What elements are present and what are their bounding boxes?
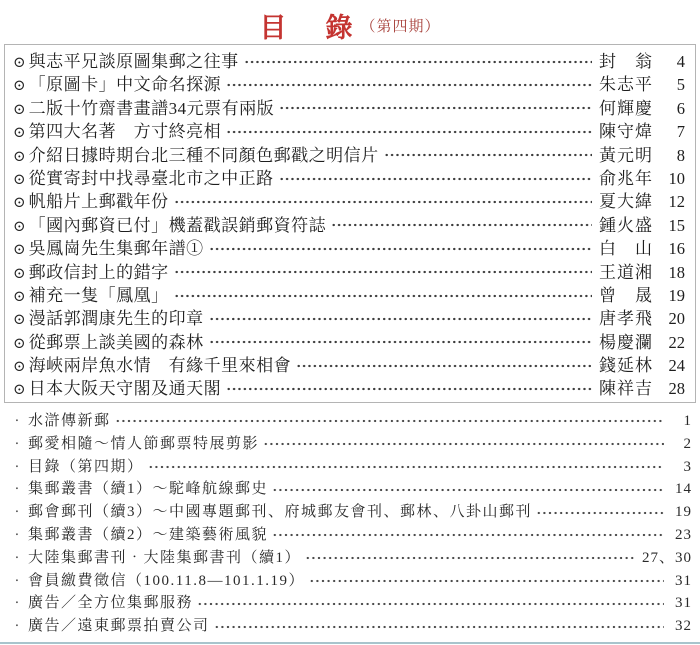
- article-title: 與志平兄談原圖集郵之往事: [29, 50, 239, 73]
- article-entry-row: ⊙ 漫話郭潤康先生的印章 唐孝飛 20: [13, 307, 685, 330]
- index-page-number: 32: [670, 615, 692, 638]
- article-entry-row: ⊙ 第四大名著 方寸終亮相 陳守煒 7: [13, 120, 685, 143]
- dot-leader: [331, 222, 592, 228]
- circled-dot-bullet-icon: ⊙: [13, 356, 26, 379]
- index-page-number: 2: [670, 433, 692, 456]
- article-entry-row: ⊙ 與志平兄談原圖集郵之往事 封 翁 4: [13, 50, 685, 73]
- article-title: 介紹日據時期台北三種不同顏色郵戳之明信片: [29, 144, 379, 167]
- index-page-number: 23: [670, 524, 692, 547]
- dot-leader: [174, 293, 592, 299]
- dot-leader: [536, 510, 664, 516]
- index-title: 水滸傳新郵: [28, 410, 111, 433]
- dot-leader: [174, 199, 592, 205]
- article-author: 王道湘: [599, 261, 657, 284]
- article-title: 海峽兩岸魚水情 有緣千里來相會: [29, 354, 292, 377]
- article-author: 夏大緯: [599, 190, 657, 213]
- dot-leader: [279, 105, 592, 111]
- article-author: 何輝慶: [599, 97, 657, 120]
- circled-dot-bullet-icon: ⊙: [13, 146, 26, 169]
- dot-bullet-icon: ‧: [6, 524, 28, 547]
- index-page-number: 1: [670, 410, 692, 433]
- article-author: 唐孝飛: [599, 307, 657, 330]
- article-entry-row: ⊙ 帆船片上郵戳年份 夏大緯 12: [13, 190, 685, 213]
- article-title: 二版十竹齋書畫譜34元票有兩版: [29, 97, 275, 120]
- article-title: 從郵票上談美國的森林: [29, 331, 204, 354]
- dot-leader: [272, 532, 664, 538]
- article-page-number: 6: [657, 97, 685, 120]
- article-author: 封 翁: [599, 50, 657, 73]
- index-entry-row: ‧ 廣告／全方位集郵服務 31: [6, 592, 692, 615]
- index-title: 集郵叢書（續1）～駝峰航線郵史: [28, 478, 268, 501]
- circled-dot-bullet-icon: ⊙: [13, 216, 26, 239]
- article-page-number: 22: [657, 331, 685, 354]
- article-title: 漫話郭潤康先生的印章: [29, 307, 204, 330]
- dot-leader: [115, 418, 664, 424]
- article-entry-row: ⊙ 「國內郵資已付」機蓋戳誤銷郵資符誌 鍾火盛 15: [13, 214, 685, 237]
- circled-dot-bullet-icon: ⊙: [13, 239, 26, 262]
- dot-leader: [244, 59, 592, 65]
- article-entry-row: ⊙ 郵政信封上的錯字 王道湘 18: [13, 261, 685, 284]
- index-title: 集郵叢書（續2）～建築藝術風貌: [28, 524, 268, 547]
- dot-bullet-icon: ‧: [6, 410, 28, 433]
- article-author: 曾 晟: [599, 284, 657, 307]
- article-author: 楊慶瀾: [599, 331, 657, 354]
- article-title: 郵政信封上的錯字: [29, 261, 169, 284]
- bottom-divider: [0, 642, 700, 644]
- index-title: 郵愛相隨～情人節郵票特展剪影: [28, 433, 259, 456]
- article-page-number: 24: [657, 354, 685, 377]
- index-title: 會員繳費徵信（100.11.8—101.1.19）: [28, 570, 305, 593]
- article-entry-row: ⊙ 海峽兩岸魚水情 有緣千里來相會 錢延林 24: [13, 354, 685, 377]
- circled-dot-bullet-icon: ⊙: [13, 192, 26, 215]
- article-title: 「原圖卡」中文命名探源: [29, 73, 222, 96]
- dot-leader: [209, 339, 592, 345]
- circled-dot-bullet-icon: ⊙: [13, 122, 26, 145]
- dot-leader: [296, 363, 592, 369]
- article-page-number: 10: [657, 167, 685, 190]
- dot-bullet-icon: ‧: [6, 456, 28, 479]
- page-title: 目 錄: [259, 13, 358, 43]
- index-entry-row: ‧ 目錄（第四期） 3: [6, 456, 692, 479]
- circled-dot-bullet-icon: ⊙: [13, 169, 26, 192]
- article-author: 陳祥吉: [599, 377, 657, 400]
- index-title: 廣告／全方位集郵服務: [28, 592, 193, 615]
- dot-bullet-icon: ‧: [6, 478, 28, 501]
- circled-dot-bullet-icon: ⊙: [13, 99, 26, 122]
- circled-dot-bullet-icon: ⊙: [13, 52, 26, 75]
- article-page-number: 15: [657, 214, 685, 237]
- page-header: 目 錄（第四期）: [0, 6, 700, 45]
- dot-leader: [226, 82, 592, 88]
- circled-dot-bullet-icon: ⊙: [13, 75, 26, 98]
- index-entry-row: ‧ 大陸集郵書刊‧大陸集郵書刊（續1） 27、30: [6, 547, 692, 570]
- circled-dot-bullet-icon: ⊙: [13, 379, 26, 402]
- article-title: 補充一隻「鳳凰」: [29, 284, 169, 307]
- article-title: 吳鳳崗先生集郵年譜①: [29, 237, 204, 260]
- article-page-number: 7: [657, 120, 685, 143]
- article-entry-row: ⊙ 日本大阪天守閣及通天閣 陳祥吉 28: [13, 377, 685, 400]
- dot-leader: [263, 441, 664, 447]
- article-title: 第四大名著 方寸終亮相: [29, 120, 222, 143]
- dot-bullet-icon: ‧: [6, 501, 28, 524]
- dot-bullet-icon: ‧: [6, 615, 28, 638]
- circled-dot-bullet-icon: ⊙: [13, 286, 26, 309]
- circled-dot-bullet-icon: ⊙: [13, 333, 26, 356]
- article-page-number: 18: [657, 261, 685, 284]
- index-page-number: 14: [670, 478, 692, 501]
- article-page-number: 8: [657, 144, 685, 167]
- dot-leader: [384, 152, 592, 158]
- article-entry-row: ⊙ 二版十竹齋書畫譜34元票有兩版 何輝慶 6: [13, 97, 685, 120]
- article-title: 日本大阪天守閣及通天閣: [29, 377, 222, 400]
- page-subtitle: （第四期）: [360, 19, 440, 35]
- article-entry-row: ⊙ 從郵票上談美國的森林 楊慶瀾 22: [13, 331, 685, 354]
- index-entry-row: ‧ 水滸傳新郵 1: [6, 410, 692, 433]
- article-entry-row: ⊙ 補充一隻「鳳凰」 曾 晟 19: [13, 284, 685, 307]
- article-title: 從實寄封中找尋臺北市之中正路: [29, 167, 274, 190]
- dot-bullet-icon: ‧: [6, 547, 28, 570]
- index-page-number: 3: [670, 456, 692, 479]
- index-entry-row: ‧ 集郵叢書（續1）～駝峰航線郵史 14: [6, 478, 692, 501]
- index-entry-row: ‧ 郵愛相隨～情人節郵票特展剪影 2: [6, 433, 692, 456]
- article-author: 白 山: [599, 237, 657, 260]
- index-entry-row: ‧ 廣告／遠東郵票拍賣公司 32: [6, 615, 692, 638]
- article-page-number: 20: [657, 307, 685, 330]
- article-page-number: 16: [657, 237, 685, 260]
- dot-leader: [148, 464, 664, 470]
- dot-leader: [226, 129, 592, 135]
- index-page-number: 27、30: [642, 547, 692, 570]
- circled-dot-bullet-icon: ⊙: [13, 309, 26, 332]
- dot-leader: [174, 269, 592, 275]
- index-entry-row: ‧ 集郵叢書（續2）～建築藝術風貌 23: [6, 524, 692, 547]
- article-page-number: 5: [657, 73, 685, 96]
- article-entry-row: ⊙ 吳鳳崗先生集郵年譜① 白 山 16: [13, 237, 685, 260]
- dot-leader: [272, 487, 664, 493]
- article-author: 俞兆年: [599, 167, 657, 190]
- dot-leader: [197, 601, 664, 607]
- index-page-number: 31: [670, 592, 692, 615]
- index-title: 郵會郵刊（續3）～中國專題郵刊、府城郵友會刊、郵林、八卦山郵刊: [28, 501, 532, 524]
- index-title: 目錄（第四期）: [28, 456, 144, 479]
- index-page-number: 31: [670, 570, 692, 593]
- dot-bullet-icon: ‧: [6, 592, 28, 615]
- index-title: 大陸集郵書刊‧大陸集郵書刊（續1）: [28, 547, 301, 570]
- article-author: 錢延林: [599, 354, 657, 377]
- article-page-number: 12: [657, 190, 685, 213]
- article-author: 黃元明: [599, 144, 657, 167]
- article-entry-row: ⊙ 介紹日據時期台北三種不同顏色郵戳之明信片 黃元明 8: [13, 144, 685, 167]
- index-entry-row: ‧ 會員繳費徵信（100.11.8—101.1.19） 31: [6, 570, 692, 593]
- dot-leader: [214, 624, 664, 630]
- articles-box: ⊙ 與志平兄談原圖集郵之往事 封 翁 4 ⊙ 「原圖卡」中文命名探源 朱志平 5…: [4, 44, 696, 403]
- article-page-number: 19: [657, 284, 685, 307]
- article-entry-row: ⊙ 「原圖卡」中文命名探源 朱志平 5: [13, 73, 685, 96]
- index-title: 廣告／遠東郵票拍賣公司: [28, 615, 210, 638]
- dot-leader: [209, 246, 592, 252]
- article-title: 帆船片上郵戳年份: [29, 190, 169, 213]
- article-author: 鍾火盛: [599, 214, 657, 237]
- dot-leader: [305, 555, 636, 561]
- article-entry-row: ⊙ 從實寄封中找尋臺北市之中正路 俞兆年 10: [13, 167, 685, 190]
- dot-leader: [279, 176, 592, 182]
- index-list: ‧ 水滸傳新郵 1 ‧ 郵愛相隨～情人節郵票特展剪影 2 ‧ 目錄（第四期） 3…: [6, 410, 692, 638]
- article-page-number: 28: [657, 377, 685, 400]
- dot-bullet-icon: ‧: [6, 433, 28, 456]
- dot-leader: [309, 578, 664, 584]
- article-author: 朱志平: [599, 73, 657, 96]
- circled-dot-bullet-icon: ⊙: [13, 263, 26, 286]
- dot-leader: [209, 316, 592, 322]
- article-page-number: 4: [657, 50, 685, 73]
- index-page-number: 19: [670, 501, 692, 524]
- index-entry-row: ‧ 郵會郵刊（續3）～中國專題郵刊、府城郵友會刊、郵林、八卦山郵刊 19: [6, 501, 692, 524]
- dot-leader: [226, 386, 592, 392]
- dot-bullet-icon: ‧: [6, 570, 28, 593]
- article-title: 「國內郵資已付」機蓋戳誤銷郵資符誌: [29, 214, 327, 237]
- article-author: 陳守煒: [599, 120, 657, 143]
